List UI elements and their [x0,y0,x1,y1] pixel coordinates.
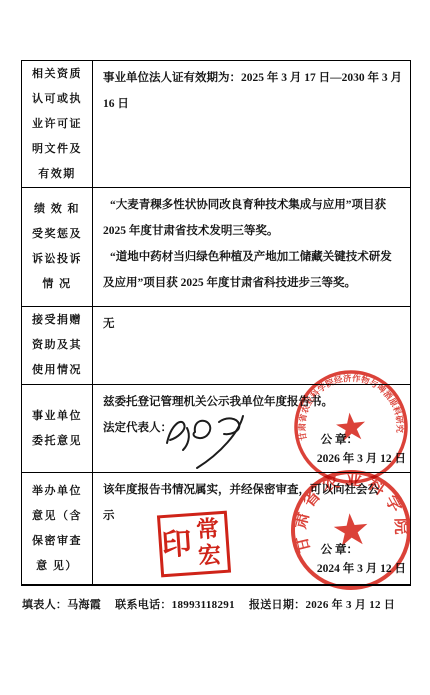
institution-opinion-date: 2026 年 3 月 12 日 [317,446,406,472]
qualification-validity-text: 事业单位法人证有效期为：2025 年 3 月 17 日—2030 年 3 月 1… [103,65,402,117]
row-content-performance: “大麦青稞多性状协同改良育种技术集成与应用”项目获 2025 年度甘肃省技术发明… [93,188,410,306]
row-label-institution-opinion: 事业单位 委托意见 [22,385,93,472]
row-content-qualifications: 事业单位法人证有效期为：2025 年 3 月 17 日—2030 年 3 月 1… [93,61,410,187]
phone-label: 联系电话： [115,599,172,611]
phone-number: 18993118291 [172,599,235,611]
table-row-sponsor-opinion: 举办单位 意见（含 保密审查 意 见） 该年度报告书情况属实，并经保密审查，可以… [22,473,410,584]
table-row-institution-opinion: 事业单位 委托意见 兹委托登记管理机关公示我单位年度报告书。 法定代表人： 公 … [22,385,410,473]
table-row-qualifications: 相关资质 认可或执 业许可证 明文件及 有效期 事业单位法人证有效期为：2025… [22,61,410,188]
row-label-qualifications: 相关资质 认可或执 业许可证 明文件及 有效期 [22,61,93,187]
name-seal-char-yin: 印 [160,516,193,574]
preparer-name: 马海霞 [67,599,101,611]
name-seal-char-chang: 常 [195,516,220,544]
row-content-institution-opinion: 兹委托登记管理机关公示我单位年度报告书。 法定代表人： 公 章： 2026 年 … [93,385,410,472]
row-content-donations: 无 [93,307,410,384]
donations-text: 无 [103,311,402,337]
submit-date: 2026 年 3 月 12 日 [305,599,395,611]
award-paragraph-1: “大麦青稞多性状协同改良育种技术集成与应用”项目获 2025 年度甘肃省技术发明… [103,192,402,244]
submit-date-label: 报送日期： [249,599,306,611]
table-row-donations: 接受捐赠 资助及其 使用情况 无 [22,307,410,385]
row-content-sponsor-opinion: 该年度报告书情况属实，并经保密审查，可以向社会公示 印 常 宏 公 章： 202… [93,473,410,584]
personal-name-seal: 印 常 宏 [157,511,231,578]
entrust-statement: 兹委托登记管理机关公示我单位年度报告书。 [103,389,402,415]
name-seal-char-hong: 宏 [197,542,222,570]
footer-line: 填表人：马海霞 联系电话：18993118291 报送日期：2026 年 3 月… [22,596,417,612]
row-label-sponsor-opinion: 举办单位 意见（含 保密审查 意 见） [22,473,93,584]
sponsor-opinion-date: 2024 年 3 月 12 日 [317,556,406,582]
sponsor-statement: 该年度报告书情况属实，并经保密审查，可以向社会公示 [103,477,386,529]
annual-report-table: 相关资质 认可或执 业许可证 明文件及 有效期 事业单位法人证有效期为：2025… [21,60,411,586]
legal-rep-label: 法定代表人： [103,422,172,434]
row-label-donations: 接受捐赠 资助及其 使用情况 [22,307,93,384]
row-label-performance: 绩 效 和 受奖惩及 诉讼投诉 情 况 [22,188,93,306]
document-page: 相关资质 认可或执 业许可证 明文件及 有效期 事业单位法人证有效期为：2025… [0,0,430,695]
table-row-performance: 绩 效 和 受奖惩及 诉讼投诉 情 况 “大麦青稞多性状协同改良育种技术集成与应… [22,188,410,307]
preparer-label: 填表人： [22,599,67,611]
award-paragraph-2: “道地中药材当归绿色种植及产地加工储藏关键技术研发及应用”项目获 2025 年度… [103,244,402,296]
